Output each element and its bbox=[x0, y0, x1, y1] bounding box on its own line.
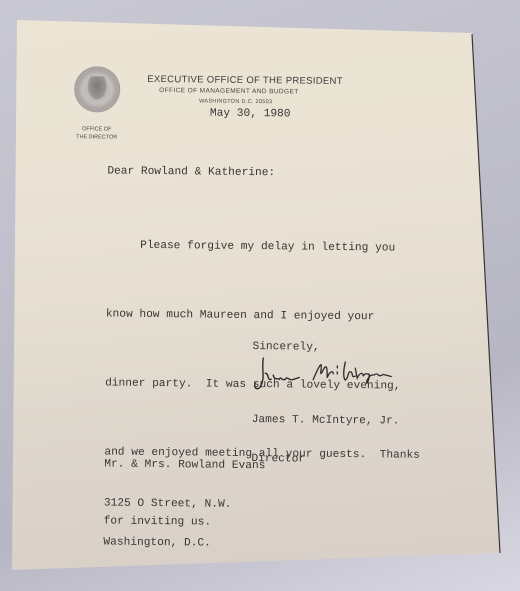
signer-name: James T. McIntyre, Jr. bbox=[252, 414, 400, 429]
body-line: know how much Maureen and I enjoyed your bbox=[106, 303, 422, 329]
letterhead-org-line2: OFFICE OF MANAGEMENT AND BUDGET bbox=[159, 87, 298, 95]
closing: Sincerely, bbox=[252, 341, 319, 354]
letterhead-org-line1: EXECUTIVE OFFICE OF THE PRESIDENT bbox=[147, 74, 343, 87]
signer-title: Director bbox=[251, 453, 399, 468]
office-of-director: OFFICE OF THE DIRECTOR bbox=[68, 125, 126, 142]
letterhead-org-line3: WASHINGTON D.C. 20503 bbox=[199, 98, 272, 105]
presidential-seal-icon bbox=[74, 66, 120, 112]
address-line: Mr. & Mrs. Rowland Evans bbox=[104, 458, 265, 473]
salutation: Dear Rowland & Katherine: bbox=[107, 165, 275, 179]
office-line2: THE DIRECTOR bbox=[68, 133, 126, 142]
eagle-icon bbox=[87, 76, 107, 100]
address-line: 3125 O Street, N.W. bbox=[104, 497, 265, 512]
body-line: Please forgive my delay in letting you bbox=[106, 234, 422, 260]
address-line: Washington, D.C. bbox=[103, 536, 264, 551]
letter-content: EXECUTIVE OFFICE OF THE PRESIDENT OFFICE… bbox=[0, 0, 520, 591]
signer-block: James T. McIntyre, Jr. Director bbox=[251, 388, 400, 494]
letter-date: May 30, 1980 bbox=[210, 108, 291, 121]
recipient-address: Mr. & Mrs. Rowland Evans 3125 O Street, … bbox=[103, 432, 266, 577]
